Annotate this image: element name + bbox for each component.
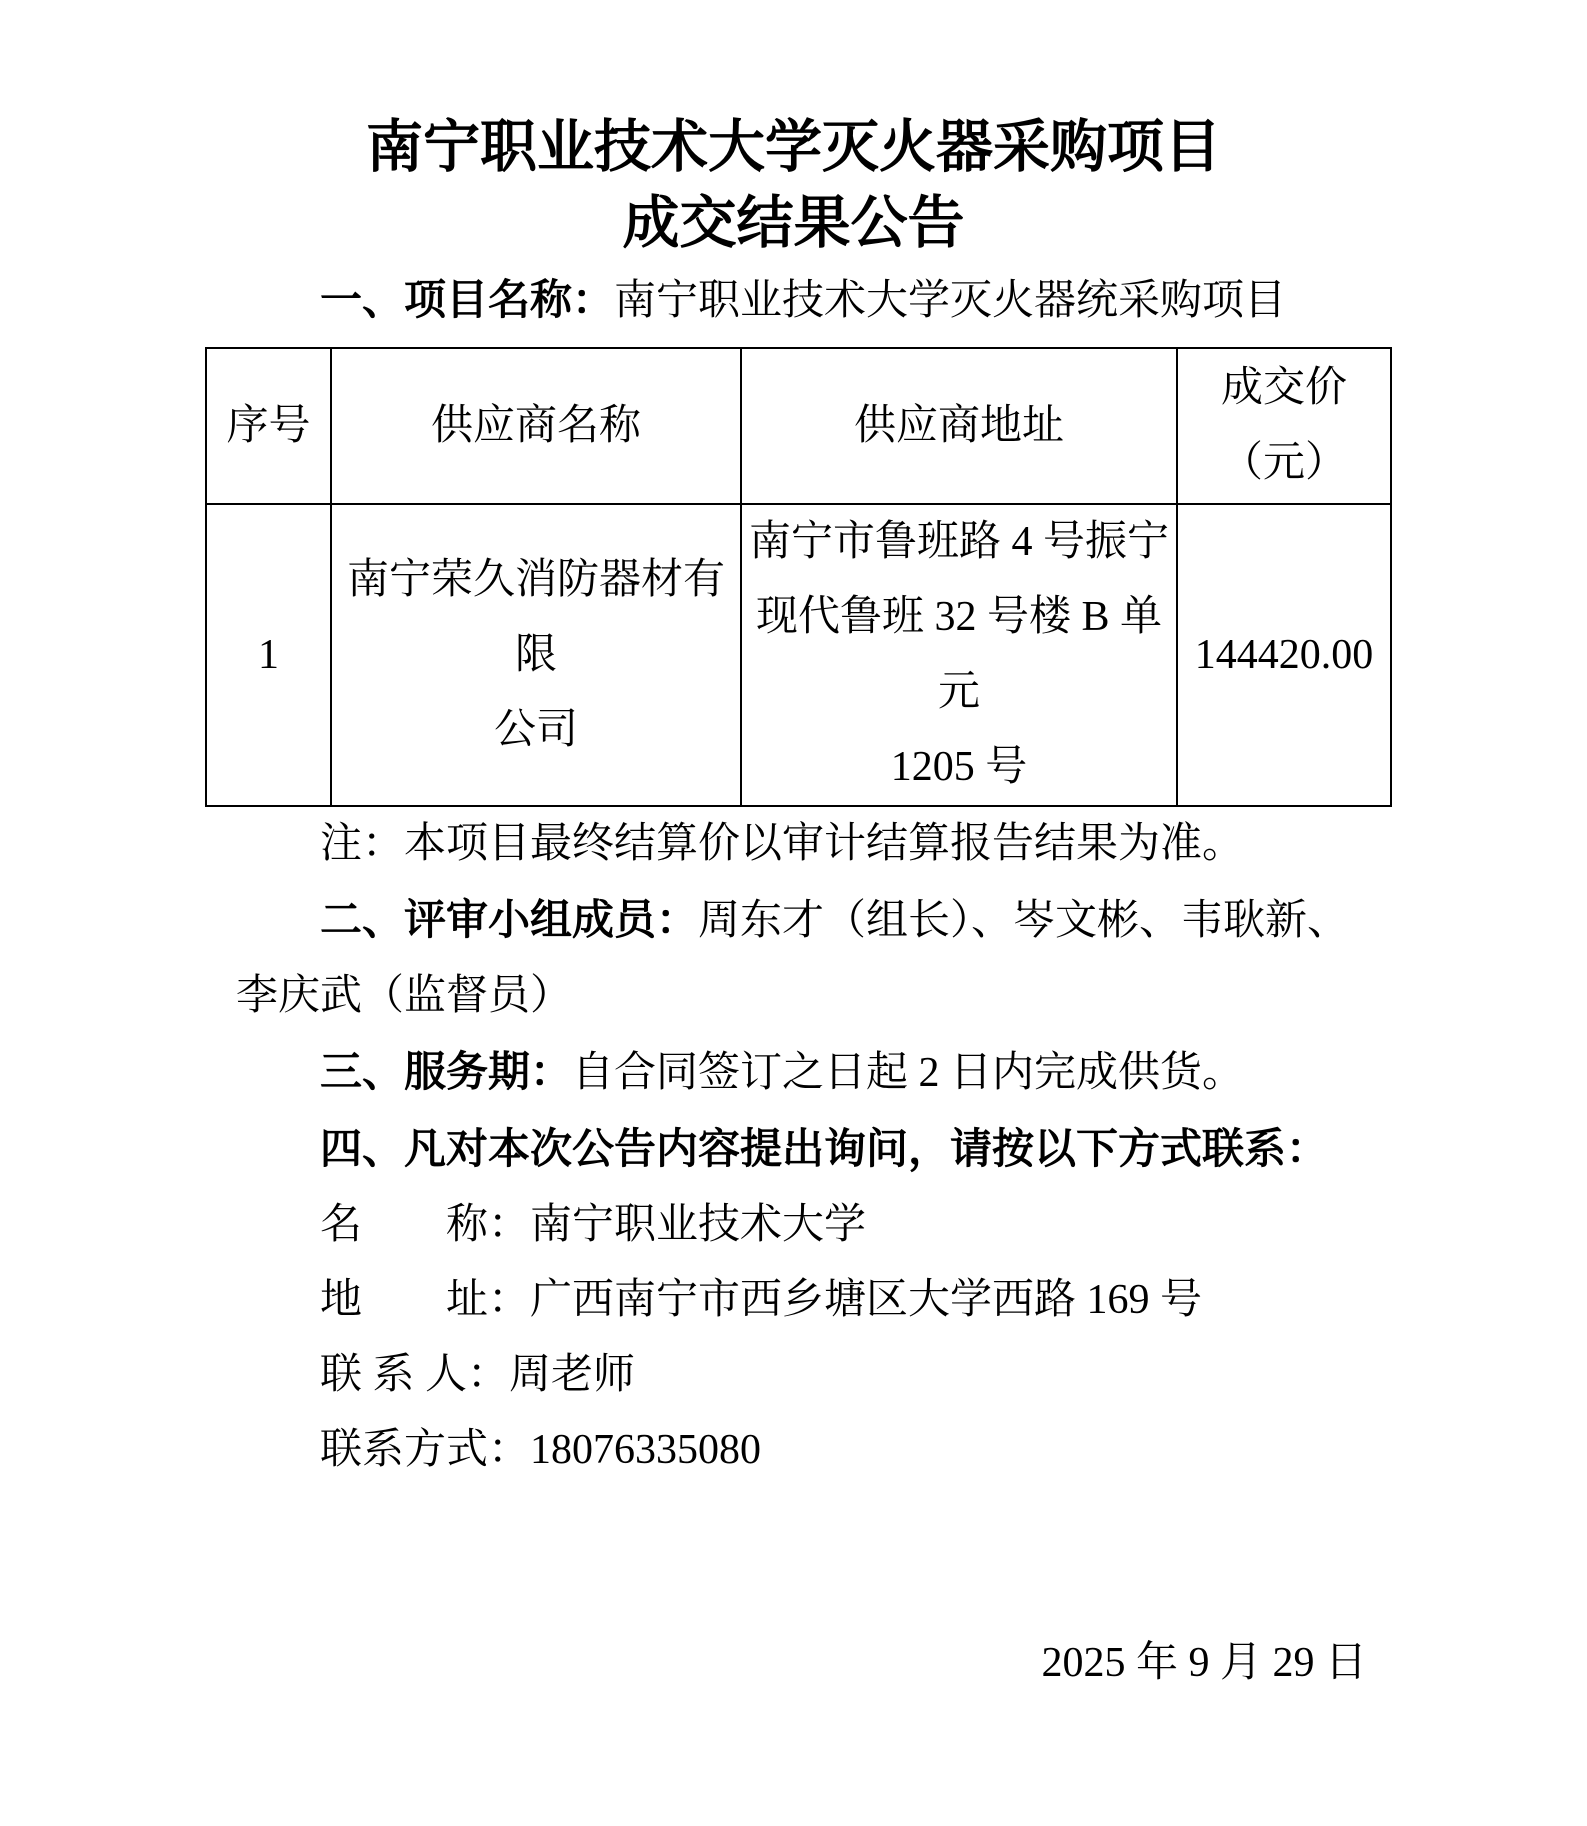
section-2-label: 二、评审小组成员：: [320, 896, 698, 943]
cell-supplier-address: 南宁市鲁班路 4 号振宁现代鲁班 32 号楼 B 单元1205 号: [741, 504, 1177, 806]
title-line-2: 成交结果公告: [623, 192, 965, 255]
contact-name-label: 名 称：: [320, 1202, 530, 1248]
section-1-project-name: 一、项目名称：南宁职业技术大学灭火器统采购项目: [236, 262, 1390, 339]
header-seq-no: 序号: [206, 348, 331, 504]
award-result-table: 序号 供应商名称 供应商地址 成交价（元） 1 南宁荣久消防器材有限公司 南宁市…: [205, 347, 1392, 807]
section-4-inquiry: 四、凡对本次公告内容提出询问，请按以下方式联系：: [236, 1111, 1390, 1188]
announcement-date: 2025 年 9 月 29 日: [236, 1626, 1390, 1701]
section-2-review-panel: 二、评审小组成员：周东才（组长）、岑文彬、韦耿新、: [236, 882, 1390, 959]
header-supplier-name: 供应商名称: [331, 348, 741, 504]
contact-name-value: 南宁职业技术大学: [530, 1202, 866, 1248]
contact-phone-value: 18076335080: [530, 1427, 761, 1473]
section-1-label: 一、项目名称：: [320, 276, 614, 323]
section-2-text: 周东才（组长）、岑文彬、韦耿新、: [698, 898, 1349, 944]
section-1-text: 南宁职业技术大学灭火器统采购项目: [614, 278, 1286, 324]
cell-supplier-name: 南宁荣久消防器材有限公司: [331, 504, 741, 806]
section-3-label: 三、服务期：: [320, 1048, 572, 1095]
note-line: 注：本项目最终结算价以审计结算报告结果为准。: [236, 807, 1390, 882]
header-supplier-address: 供应商地址: [741, 348, 1177, 504]
title-line-1: 南宁职业技术大学灭火器采购项目: [366, 116, 1221, 179]
section-4-label: 四、凡对本次公告内容提出询问，请按以下方式联系：: [320, 1125, 1328, 1172]
document-title: 南宁职业技术大学灭火器采购项目 成交结果公告: [0, 110, 1587, 262]
contact-phone-line: 联系方式：18076335080: [236, 1413, 1390, 1488]
section-2-continuation: 李庆武（监督员）: [236, 959, 1390, 1034]
contact-person-line: 联 系 人：周老师: [236, 1338, 1390, 1413]
contact-address-value: 广西南宁市西乡塘区大学西路 169 号: [530, 1277, 1202, 1323]
cell-seq-no: 1: [206, 504, 331, 806]
cell-award-price: 144420.00: [1177, 504, 1391, 806]
contact-address-label: 地 址：: [320, 1277, 530, 1323]
contact-person-value: 周老师: [509, 1352, 635, 1398]
contact-phone-label: 联系方式：: [320, 1427, 530, 1473]
contact-address-line: 地 址：广西南宁市西乡塘区大学西路 169 号: [236, 1263, 1390, 1338]
announcement-document: 南宁职业技术大学灭火器采购项目 成交结果公告 一、项目名称：南宁职业技术大学灭火…: [0, 0, 1587, 1826]
table-header-row: 序号 供应商名称 供应商地址 成交价（元）: [206, 348, 1391, 504]
contact-name-line: 名 称：南宁职业技术大学: [236, 1188, 1390, 1263]
header-award-price: 成交价（元）: [1177, 348, 1391, 504]
section-3-service-period: 三、服务期：自合同签订之日起 2 日内完成供货。: [236, 1034, 1390, 1111]
section-3-text: 自合同签订之日起 2 日内完成供货。: [572, 1050, 1244, 1096]
table-row: 1 南宁荣久消防器材有限公司 南宁市鲁班路 4 号振宁现代鲁班 32 号楼 B …: [206, 504, 1391, 806]
contact-person-label: 联 系 人：: [320, 1352, 509, 1398]
